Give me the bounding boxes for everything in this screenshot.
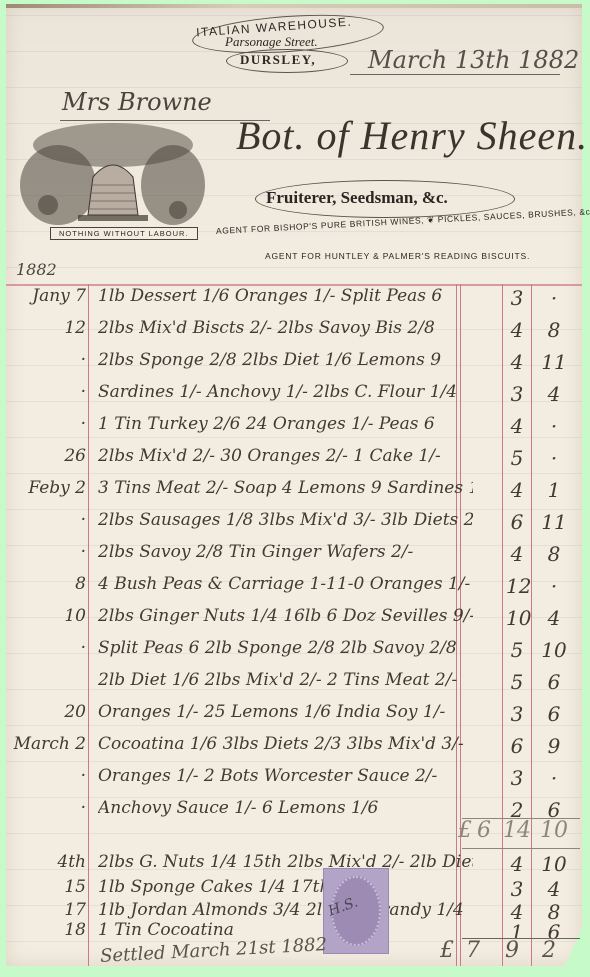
entry-description: 3 Tins Meat 2/- Soap 4 Lemons 9 Sardines… [98,478,473,498]
entry-pence: 9 [536,734,572,758]
subtotal-pence: 10 [540,818,568,843]
grand-total-shillings: 9 [505,938,519,963]
entry-description: 2lbs Savoy 2/8 Tin Ginger Wafers 2/- [98,542,473,562]
entry-pence: · [536,446,572,470]
entry-row: ·2lbs Sausages 1/8 3lbs Mix'd 3/- 3lb Di… [6,510,582,543]
entry-shillings: 6 [506,510,528,534]
year-label: 1882 [16,260,57,279]
entry-shillings: 3 [506,702,528,726]
entry-pence: 6 [536,670,572,694]
entry-row: ·Sardines 1/- Anchovy 1/- 2lbs C. Flour … [6,382,582,415]
entry-description: Oranges 1/- 25 Lemons 1/6 India Soy 1/- [98,702,473,722]
entry-date: 15 [6,877,86,897]
entry-shillings: 5 [506,638,528,662]
entry-pence: 10 [536,852,572,876]
entry-shillings: 5 [506,446,528,470]
entry-pence: · [536,286,572,310]
subtotal-rule-bottom [462,848,580,849]
entry-description: 2lbs G. Nuts 1/4 15th 2lbs Mix'd 2/- 2lb… [98,852,473,872]
entry-pence: 11 [536,350,572,374]
entry-date: 17 [6,900,86,920]
entry-shillings: 4 [506,414,528,438]
entry-date: · [6,542,86,562]
entry-date: · [6,414,86,434]
entry-date: · [6,766,86,786]
entry-row: 122lbs Mix'd Biscts 2/- 2lbs Savoy Bis 2… [6,318,582,351]
entry-description: 2lbs Ginger Nuts 1/4 16lb 6 Doz Sevilles… [98,606,473,626]
grand-total-pounds: 7 [466,938,480,963]
entry-date: 4th [6,852,86,872]
entry-row: 102lbs Ginger Nuts 1/4 16lb 6 Doz Sevill… [6,606,582,639]
entry-pence: 8 [536,542,572,566]
entry-pence: 8 [536,318,572,342]
entry-pence: 4 [536,606,572,630]
entry-pence: · [536,766,572,790]
entry-shillings: 12 [506,574,528,598]
entry-description: Split Peas 6 2lb Sponge 2/8 2lb Savoy 2/… [98,638,473,658]
entry-date: 18 [6,920,86,940]
date-underline [350,74,560,75]
entry-shillings: 3 [506,877,528,901]
entry-date: 10 [6,606,86,626]
entry-shillings: 5 [506,670,528,694]
entry-description: Oranges 1/- 2 Bots Worcester Sauce 2/- [98,766,473,786]
entry-description: Sardines 1/- Anchovy 1/- 2lbs C. Flour 1… [98,382,473,402]
grand-total-pence: 2 [542,938,556,963]
paper-top-edge [6,4,582,8]
entry-description: 1lb Jordan Almonds 3/4 2lbs ... Brandy 1… [98,900,473,920]
entry-description: 1 Tin Turkey 2/6 24 Oranges 1/- Peas 6 [98,414,473,434]
merchant-name: Bot. of Henry Sheen. [236,112,588,159]
bill-date: March 13th 1882 [368,46,579,74]
grand-total-currency: £ [440,938,454,963]
entry-shillings: 10 [506,606,528,630]
entry-row: ·Split Peas 6 2lb Sponge 2/8 2lb Savoy 2… [6,638,582,671]
entry-shillings: 3 [506,382,528,406]
entry-date: · [6,638,86,658]
entry-pence: 4 [536,382,572,406]
entry-row: 20Oranges 1/- 25 Lemons 1/6 India Soy 1/… [6,702,582,735]
entry-row: 2lb Diet 1/6 2lbs Mix'd 2/- 2 Tins Meat … [6,670,582,703]
entry-date: · [6,350,86,370]
entry-description: 2lbs Sausages 1/8 3lbs Mix'd 3/- 3lb Die… [98,510,473,530]
entry-shillings: 4 [506,852,528,876]
entry-pence: · [536,574,572,598]
trade-description: Fruiterer, Seedsman, &c. [266,188,448,208]
customer-name: Mrs Browne [62,88,212,116]
subtotal-shillings: 14 [503,818,531,843]
beehive-garden-engraving-icon [18,115,208,230]
queen-victoria-one-penny-stamp-icon: H.S. [323,868,389,954]
entry-pence: 11 [536,510,572,534]
agent-line-biscuits: AGENT FOR HUNTLEY & PALMER'S READING BIS… [265,251,530,261]
entry-description: 2lbs Mix'd 2/- 30 Oranges 2/- 1 Cake 1/- [98,446,473,466]
entry-shillings: 4 [506,350,528,374]
entry-description: 1lb Dessert 1/6 Oranges 1/- Split Peas 6 [98,286,473,306]
entry-date: 26 [6,446,86,466]
entry-description: 2lbs Mix'd Biscts 2/- 2lbs Savoy Bis 2/8 [98,318,473,338]
entry-description: Cocoatina 1/6 3lbs Diets 2/3 3lbs Mix'd … [98,734,473,754]
entry-date: 12 [6,318,86,338]
entry-description: 1lb Sponge Cakes 1/4 17th ... 2/- [98,877,473,897]
entry-shillings: 4 [506,318,528,342]
subtotal-pounds: 6 [477,818,491,843]
entry-shillings: 6 [506,734,528,758]
motto-label: NOTHING WITHOUT LABOUR. [50,227,198,240]
town-name: DURSLEY, [240,52,316,68]
entry-pence: 6 [536,702,572,726]
entry-shillings: 3 [506,766,528,790]
entry-description: 2lbs Sponge 2/8 2lbs Diet 1/6 Lemons 9 [98,350,473,370]
entry-row: ·2lbs Savoy 2/8 Tin Ginger Wafers 2/-48 [6,542,582,575]
entry-row: ·Oranges 1/- 2 Bots Worcester Sauce 2/-3… [6,766,582,799]
entry-date: · [6,798,86,818]
entry-shillings: 4 [506,542,528,566]
entry-shillings: 3 [506,286,528,310]
entry-shillings: 4 [506,478,528,502]
entry-row: 84 Bush Peas & Carriage 1-11-0 Oranges 1… [6,574,582,607]
entry-description: 2lb Diet 1/6 2lbs Mix'd 2/- 2 Tins Meat … [98,670,473,690]
entry-date: 8 [6,574,86,594]
entry-date: 20 [6,702,86,722]
entry-row: Jany 71lb Dessert 1/6 Oranges 1/- Split … [6,286,582,319]
street-address: Parsonage Street. [225,34,318,50]
entry-row: Feby 23 Tins Meat 2/- Soap 4 Lemons 9 Sa… [6,478,582,511]
entry-row: ·2lbs Sponge 2/8 2lbs Diet 1/6 Lemons 94… [6,350,582,383]
entry-pence: 10 [536,638,572,662]
entry-date: Jany 7 [6,286,86,306]
entry-date: · [6,510,86,530]
entry-description: 4 Bush Peas & Carriage 1-11-0 Oranges 1/… [98,574,473,594]
entry-pence: · [536,414,572,438]
entry-row: ·Anchovy Sauce 1/- 6 Lemons 1/626 [6,798,582,831]
entry-row: 262lbs Mix'd 2/- 30 Oranges 2/- 1 Cake 1… [6,446,582,479]
entry-pence: 4 [536,877,572,901]
entry-description: Anchovy Sauce 1/- 6 Lemons 1/6 [98,798,473,818]
entry-date: Feby 2 [6,478,86,498]
entry-pence: 1 [536,478,572,502]
entry-row: March 2Cocoatina 1/6 3lbs Diets 2/3 3lbs… [6,734,582,767]
entry-date: March 2 [6,734,86,754]
entry-date: · [6,382,86,402]
entry-row: ·1 Tin Turkey 2/6 24 Oranges 1/- Peas 64… [6,414,582,447]
subtotal-currency: £ [458,818,472,843]
